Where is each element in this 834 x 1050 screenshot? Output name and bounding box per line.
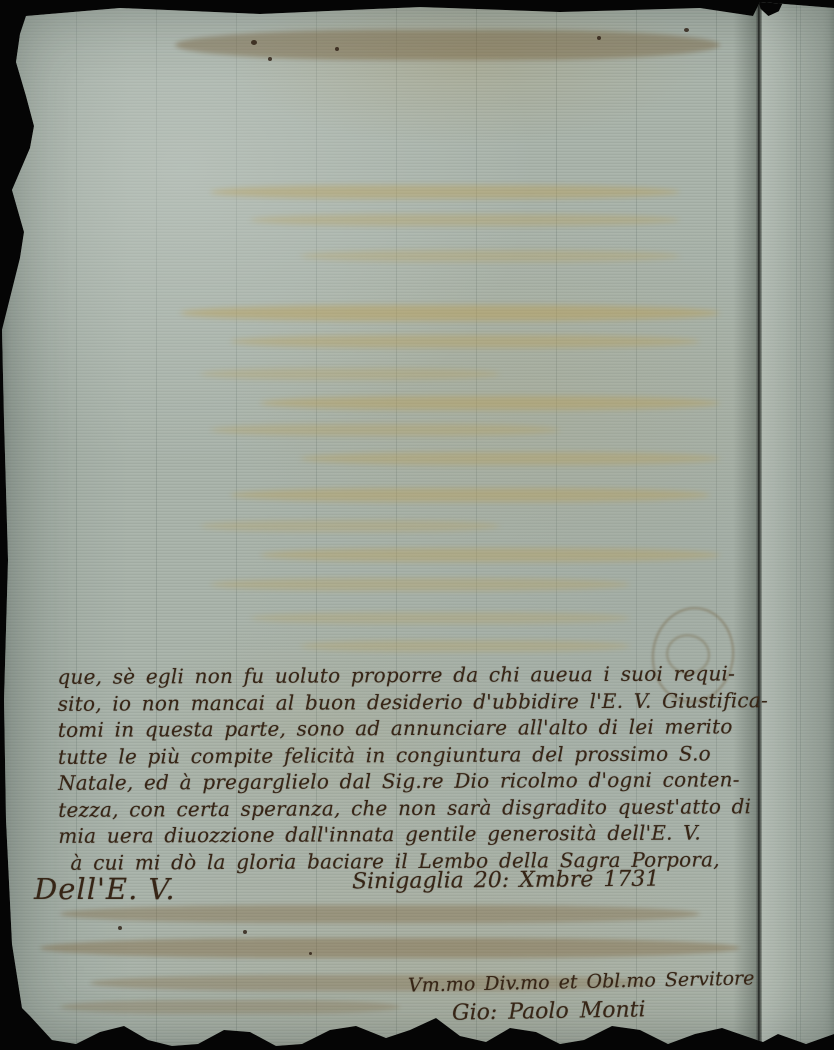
stain-band xyxy=(210,578,630,591)
letter-page: que, sè egli non fu uoluto proporre da c… xyxy=(0,0,834,1050)
stain-band xyxy=(200,368,500,380)
ink-speck xyxy=(268,57,272,61)
ink-speck xyxy=(684,28,689,32)
letter-line: sito, io non mancai al buon desiderio d'… xyxy=(58,687,768,717)
stain-band xyxy=(230,488,710,502)
letter-line: tutte le più compite felicità in congiun… xyxy=(58,740,768,770)
ink-speck xyxy=(251,40,257,45)
stain-band xyxy=(260,396,720,410)
letter-line: mia uera diuozzione dall'innata gentile … xyxy=(58,819,768,849)
stain-band xyxy=(300,452,720,465)
letter-line: tomi in questa parte, sono ad annunciare… xyxy=(58,713,768,743)
adjacent-page-edge xyxy=(762,0,834,1050)
letter-body: que, sè egli non fu uoluto proporre da c… xyxy=(57,660,768,876)
letter-line: que, sè egli non fu uoluto proporre da c… xyxy=(57,660,767,690)
ink-bleedthrough-band xyxy=(60,1000,400,1014)
ink-speck xyxy=(335,47,339,51)
fold-shadow xyxy=(733,0,757,1050)
place-dateline: Sinigaglia 20: Xmbre 1731 xyxy=(352,867,660,895)
stain-band xyxy=(300,640,630,652)
ink-speck xyxy=(597,36,601,40)
ink-bleedthrough-band xyxy=(40,938,740,958)
stain-band xyxy=(250,612,630,624)
signature-name: Gio: Paolo Monti xyxy=(452,997,646,1025)
ink-bleedthrough-band xyxy=(60,905,700,923)
stain-band xyxy=(260,548,720,562)
ink-speck xyxy=(118,926,122,930)
stain-band xyxy=(230,335,700,348)
ink-bleedthrough-band xyxy=(175,30,720,60)
stain-band xyxy=(180,305,720,321)
manuscript-photo: que, sè egli non fu uoluto proporre da c… xyxy=(0,0,834,1050)
stain-band xyxy=(200,520,500,532)
stain-band xyxy=(210,185,680,199)
closing-salutation: Dell'E. V. xyxy=(34,872,176,906)
photo-background: { "document": { "kind": "manuscript-lett… xyxy=(0,0,834,1050)
signature-formula: Vm.mo Div.mo et Obl.mo Servitore xyxy=(408,967,755,996)
stain-band xyxy=(210,424,560,436)
stain-band xyxy=(250,214,680,226)
ink-speck xyxy=(309,952,312,955)
letter-line: tezza, con certa speranza, che non sarà … xyxy=(58,793,768,823)
ink-speck xyxy=(243,930,247,934)
stain-band xyxy=(300,250,680,262)
letter-line: Natale, ed à pregarglielo dal Sig.re Dio… xyxy=(58,766,768,796)
